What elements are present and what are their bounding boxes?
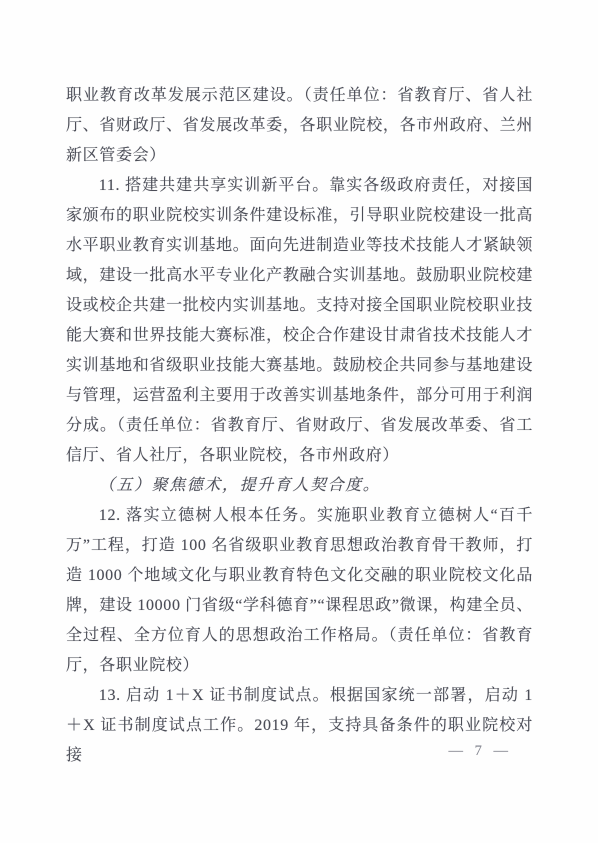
paragraph-item-11: 11. 搭建共建共享实训新平台。靠实各级政府责任，对接国家颁布的职业院校实训条件… (66, 171, 533, 471)
document-body: 职业教育改革发展示范区建设。（责任单位：省教育厅、省人社厅、省财政厅、省发展改革… (66, 81, 533, 771)
page-number: — 7 — (449, 743, 513, 760)
paragraph-continuation: 职业教育改革发展示范区建设。（责任单位：省教育厅、省人社厅、省财政厅、省发展改革… (66, 81, 533, 171)
paragraph-item-12: 12. 落实立德树人根本任务。实施职业教育立德树人“百千万”工程，打造 100 … (66, 501, 533, 681)
section-heading-5: （五）聚焦德术，提升育人契合度。 (66, 471, 533, 501)
document-page: 职业教育改革发展示范区建设。（责任单位：省教育厅、省人社厅、省财政厅、省发展改革… (0, 0, 598, 843)
